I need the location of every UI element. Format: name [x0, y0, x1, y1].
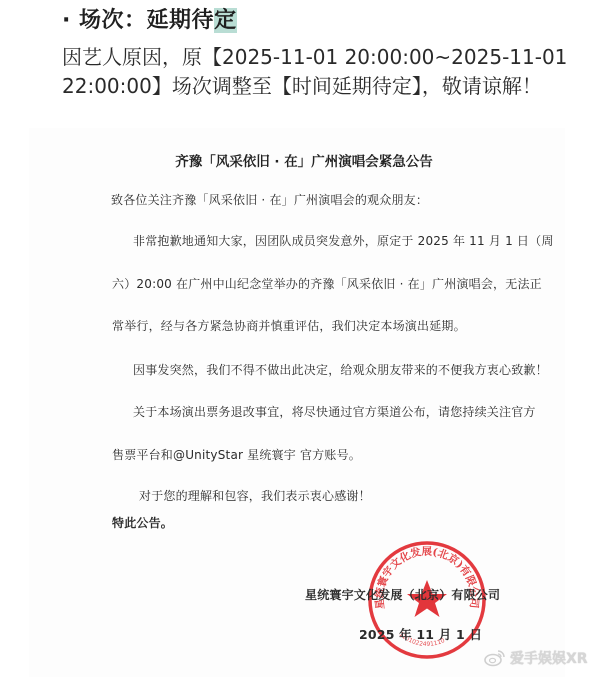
paragraph-1-line-2: 六）20:00 在广州中山纪念堂举办的齐豫「风采依旧 · 在」广州演唱会，无法正: [112, 275, 542, 292]
weibo-watermark: 爱手娱娱XR: [484, 648, 588, 668]
document-title: 齐豫「风采依旧 · 在」广州演唱会紧急公告: [29, 150, 565, 170]
session-value: 延期待: [147, 8, 215, 33]
paragraph-4: 对于您的理解和包容，我们表示衷心感谢！: [139, 487, 371, 504]
paragraph-3-line-2: 售票平台和@UnityStar 星统寰宇 官方账号。: [112, 446, 361, 463]
paragraph-1-line-3: 常举行，经与各方紧急协商并慎重评估，我们决定本场演出延期。: [112, 317, 466, 334]
postponement-notice: 因艺人原因，原【2025-11-01 20:00:00~2025-11-01 2…: [62, 43, 572, 101]
session-status: · 场次：延期待定: [62, 3, 237, 34]
paragraph-2: 因事发突然，我们不得不做出此决定，给观众朋友带来的不便我方衷心致歉！: [133, 361, 548, 378]
closing-remark: 特此公告。: [112, 514, 173, 531]
announcement-document-image: 齐豫「风采依旧 · 在」广州演唱会紧急公告 致各位关注齐豫「风采依旧 · 在」广…: [29, 128, 565, 677]
bullet: ·: [62, 8, 71, 33]
session-label: 场次：: [79, 8, 147, 33]
paragraph-3-line-1: 关于本场演出票务退改事宜，将尽快通过官方渠道公布，请您持续关注官方: [133, 403, 536, 420]
paragraph-1-line-1: 非常抱歉地通知大家，因团队成员突发意外，原定于 2025 年 11 月 1 日（…: [133, 232, 554, 249]
salutation: 致各位关注齐豫「风采依旧 · 在」广州演唱会的观众朋友：: [111, 191, 428, 208]
signature-company: 星统寰宇文化发展（北京）有限公司: [305, 586, 500, 603]
watermark-text: 爱手娱娱XR: [510, 648, 588, 668]
signature-date: 2025 年 11 月 1 日: [359, 625, 482, 643]
app-notice-section: · 场次：延期待定 因艺人原因，原【2025-11-01 20:00:00~20…: [0, 0, 600, 128]
weibo-icon: [484, 649, 506, 667]
text-selection-highlight[interactable]: 定: [214, 8, 237, 33]
